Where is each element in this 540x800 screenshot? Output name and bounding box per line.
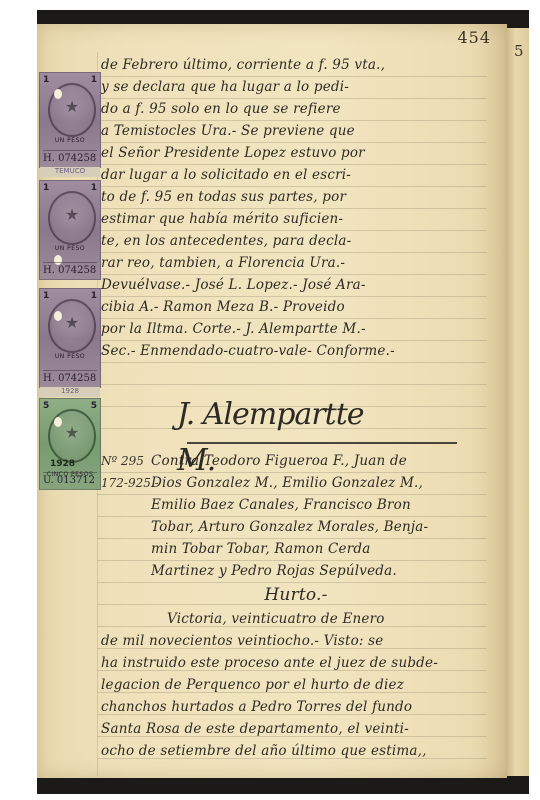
stamp-denomination: 5 <box>43 401 49 411</box>
stamp-denomination: 1 <box>43 75 49 85</box>
stamp-denomination: 1 <box>91 75 97 85</box>
stamp-serial: H. 074258 <box>43 150 97 164</box>
revenue-stamp: 1 1 UN PESO H. 074258 1928 <box>39 288 101 388</box>
text-line: Santa Rosa de este departamento, el vein… <box>101 718 491 740</box>
text-line: Contra Teodoro Figueroa F., Juan de <box>151 450 491 472</box>
text-line: por la Iltma. Corte.- J. Alempartte M.- <box>101 318 491 340</box>
text-line: Martinez y Pedro Rojas Sepúlveda. <box>151 560 491 582</box>
signature: J. Alempartte M. <box>177 392 387 438</box>
stamp-label: UN PESO <box>40 137 100 144</box>
ruled-line <box>97 384 487 385</box>
text-line: rar reo, tambien, a Florencia Ura.- <box>101 252 491 274</box>
text-line: min Tobar Tobar, Ramon Cerda <box>151 538 491 560</box>
stamp-serial: H. 074258 <box>43 370 97 384</box>
revenue-stamp: 5 5 1928 CINCO PESOS U. 013712 <box>39 398 101 490</box>
text-line: chanchos hurtados a Pedro Torres del fun… <box>101 696 491 718</box>
text-line: ocho de setiembre del año último que est… <box>101 740 491 762</box>
edge-page-number: 5 <box>514 42 524 60</box>
stamp-denomination: 1 <box>43 291 49 301</box>
ledger-page: 454 de Febrero úl <box>37 24 507 778</box>
stamp-denomination: 5 <box>91 401 97 411</box>
text-line: estimar que había mérito suficien- <box>101 208 491 230</box>
text-line: do a f. 95 solo en lo que se refiere <box>101 98 491 120</box>
stamp-overprint: 1928 <box>50 459 75 469</box>
text-line: ha instruido este proceso ante el juez d… <box>101 652 491 674</box>
text-line: Sec.- Enmendado-cuatro-vale- Conforme.- <box>101 340 491 362</box>
text-line: y se declara que ha lugar a lo pedi- <box>101 76 491 98</box>
text-line: Dios Gonzalez M., Emilio Gonzalez M., <box>151 472 491 494</box>
punch-hole <box>54 311 62 321</box>
revenue-stamp: 1 1 UN PESO H. 074258 TEMUCO <box>39 72 101 168</box>
text-line: to de f. 95 en todas sus partes, por <box>101 186 491 208</box>
coat-of-arms-icon <box>48 191 96 245</box>
punch-hole <box>54 89 62 99</box>
signature-underline <box>187 442 457 444</box>
text-line: a Temistocles Ura.- Se previene que <box>101 120 491 142</box>
text-line: de mil novecientos veintiocho.- Visto: s… <box>101 630 491 652</box>
ruled-line <box>97 362 487 363</box>
page-number: 454 <box>457 28 491 47</box>
stamp-denomination: 1 <box>91 183 97 193</box>
text-line: Tobar, Arturo Gonzalez Morales, Benja- <box>151 516 491 538</box>
punch-hole <box>54 417 62 427</box>
case-heading: Hurto.- <box>101 584 491 606</box>
coat-of-arms-icon <box>48 299 96 353</box>
ruled-line <box>97 582 487 583</box>
text-line: Emilio Baez Canales, Francisco Bron <box>151 494 491 516</box>
stamp-serial: U. 013712 <box>43 472 97 486</box>
text-line: Devuélvase.- José L. Lopez.- José Ara- <box>101 274 491 296</box>
text-line: te, en los antecedentes, para decla- <box>101 230 491 252</box>
text-line: el Señor Presidente Lopez estuvo por <box>101 142 491 164</box>
revenue-stamp: 1 1 UN PESO H. 074258 <box>39 180 101 280</box>
stamp-label: UN PESO <box>40 353 100 360</box>
text-line: de Febrero último, corriente a f. 95 vta… <box>101 54 491 76</box>
stamp-denomination: 1 <box>43 183 49 193</box>
text-line: legacion de Perquenco por el hurto de di… <box>101 674 491 696</box>
stamp-cancel-mark: TEMUCO <box>40 167 100 177</box>
stamp-label: UN PESO <box>40 245 100 252</box>
text-line: cibia A.- Ramon Meza B.- Proveido <box>101 296 491 318</box>
next-page-edge: 5 <box>507 28 529 776</box>
text-line: Victoria, veinticuatro de Enero <box>167 608 487 630</box>
stamp-denomination: 1 <box>91 291 97 301</box>
stamp-cancel-mark: 1928 <box>40 387 100 397</box>
stamp-serial: H. 074258 <box>43 262 97 276</box>
document-photo: 454 de Febrero úl <box>37 10 529 794</box>
text-line: dar lugar a lo solicitado en el escri- <box>101 164 491 186</box>
